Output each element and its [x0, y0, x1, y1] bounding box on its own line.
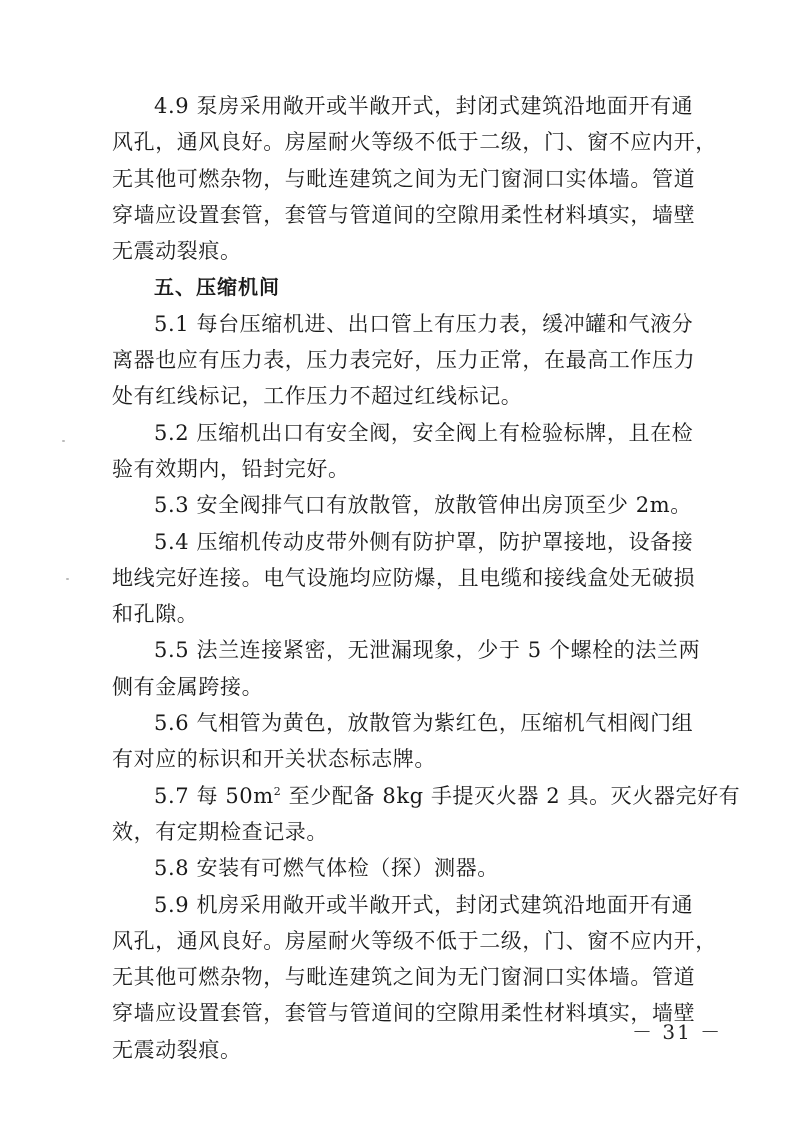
clause-line: 5.8 安装有可燃气体检（探）测器。 [112, 850, 692, 886]
document-page: 4.9 泵房采用敞开或半敞开式，封闭式建筑沿地面开有通 风孔，通风良好。房屋耐火… [0, 0, 793, 1122]
clause-line: 5.3 安全阀排气口有放散管，放散管伸出房顶至少 2m。 [112, 487, 692, 523]
clause-5-5: 5.5 法兰连接紧密，无泄漏现象，少于 5 个螺栓的法兰两 侧有金属跨接。 [112, 632, 692, 705]
section-heading: 五、压缩机间 [112, 269, 692, 305]
clause-line: 无其他可燃杂物，与毗连建筑之间为无门窗洞口实体墙。管道 [112, 959, 692, 995]
scan-speck [66, 578, 69, 580]
clause-line: 穿墙应设置套管，套管与管道间的空隙用柔性材料填实，墙壁 [112, 197, 692, 233]
clause-5-2: 5.2 压缩机出口有安全阀，安全阀上有检验标牌，且在检 验有效期内，铅封完好。 [112, 415, 692, 488]
clause-line: 5.6 气相管为黄色，放散管为紫红色，压缩机气相阀门组 [112, 705, 692, 741]
clause-line: 5.5 法兰连接紧密，无泄漏现象，少于 5 个螺栓的法兰两 [112, 632, 692, 668]
clause-line: 5.2 压缩机出口有安全阀，安全阀上有检验标牌，且在检 [112, 415, 692, 451]
clause-line: 和孔隙。 [112, 596, 692, 632]
clause-line: 风孔，通风良好。房屋耐火等级不低于二级，门、窗不应内开， [112, 923, 692, 959]
clause-5-7: 5.7 每 50m2 至少配备 8kg 手提灭火器 2 具。灭火器完好有 效，有… [112, 778, 692, 851]
clause-4-9: 4.9 泵房采用敞开或半敞开式，封闭式建筑沿地面开有通 风孔，通风良好。房屋耐火… [112, 88, 692, 269]
clause-5-4: 5.4 压缩机传动皮带外侧有防护罩，防护罩接地，设备接 地线完好连接。电气设施均… [112, 524, 692, 633]
clause-line: 5.9 机房采用敞开或半敞开式，封闭式建筑沿地面开有通 [112, 887, 692, 923]
page-body: 4.9 泵房采用敞开或半敞开式，封闭式建筑沿地面开有通 风孔，通风良好。房屋耐火… [112, 88, 692, 1068]
clause-text: 5.7 每 50m [154, 784, 274, 808]
clause-5-8: 5.8 安装有可燃气体检（探）测器。 [112, 850, 692, 886]
clause-line: 有对应的标识和开关状态标志牌。 [112, 741, 692, 777]
clause-line: 侧有金属跨接。 [112, 669, 692, 705]
clause-line: 5.4 压缩机传动皮带外侧有防护罩，防护罩接地，设备接 [112, 524, 692, 560]
clause-line: 地线完好连接。电气设施均应防爆，且电缆和接线盒处无破损 [112, 560, 692, 596]
clause-5-1: 5.1 每台压缩机进、出口管上有压力表，缓冲罐和气液分 离器也应有压力表，压力表… [112, 306, 692, 415]
clause-line: 5.1 每台压缩机进、出口管上有压力表，缓冲罐和气液分 [112, 306, 692, 342]
clause-line: 效，有定期检查记录。 [112, 814, 692, 850]
clause-line: 风孔，通风良好。房屋耐火等级不低于二级，门、窗不应内开， [112, 124, 692, 160]
clause-line: 无其他可燃杂物，与毗连建筑之间为无门窗洞口实体墙。管道 [112, 161, 692, 197]
clause-line: 4.9 泵房采用敞开或半敞开式，封闭式建筑沿地面开有通 [112, 88, 692, 124]
clause-line: 离器也应有压力表，压力表完好，压力正常，在最高工作压力 [112, 342, 692, 378]
clause-line: 验有效期内，铅封完好。 [112, 451, 692, 487]
page-number: － 31 － [632, 1016, 722, 1045]
clause-5-9: 5.9 机房采用敞开或半敞开式，封闭式建筑沿地面开有通 风孔，通风良好。房屋耐火… [112, 887, 692, 1068]
clause-text: 至少配备 8kg 手提灭火器 2 具。灭火器完好有 [281, 784, 740, 808]
clause-line: 5.7 每 50m2 至少配备 8kg 手提灭火器 2 具。灭火器完好有 [112, 778, 692, 814]
scan-speck [62, 440, 65, 442]
clause-line: 穿墙应设置套管，套管与管道间的空隙用柔性材料填实，墙壁 [112, 995, 692, 1031]
clause-line: 无震动裂痕。 [112, 233, 692, 269]
clause-line: 处有红线标记，工作压力不超过红线标记。 [112, 378, 692, 414]
clause-5-3: 5.3 安全阀排气口有放散管，放散管伸出房顶至少 2m。 [112, 487, 692, 523]
clause-5-6: 5.6 气相管为黄色，放散管为紫红色，压缩机气相阀门组 有对应的标识和开关状态标… [112, 705, 692, 778]
clause-line: 无震动裂痕。 [112, 1032, 692, 1068]
